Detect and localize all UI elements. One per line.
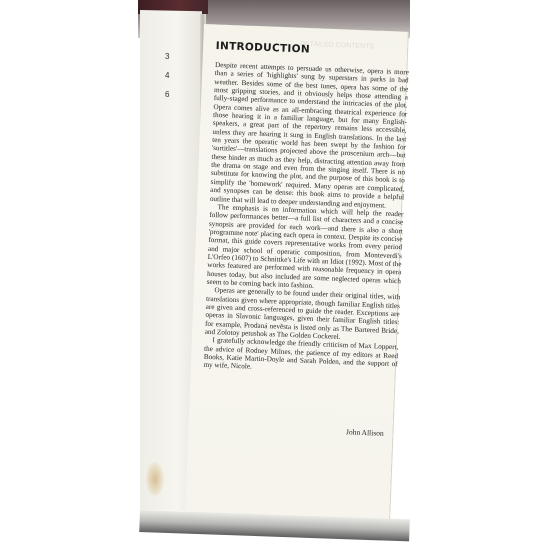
chapter-number: 3: [165, 52, 169, 71]
body-text: Despite recent attempts to persuade us o…: [203, 61, 409, 377]
author-signature: John Allison: [346, 427, 384, 437]
introduction-text: INTRODUCTION Despite recent attempts to …: [203, 40, 410, 377]
paragraph: Despite recent attempts to persuade us o…: [210, 61, 409, 210]
chapter-number: 6: [165, 90, 169, 109]
page-stain: [146, 462, 164, 496]
chapter-number: 4: [165, 71, 169, 90]
paragraph: The emphasis is on information which wil…: [207, 203, 404, 294]
paragraph: Operas are generally to be found under t…: [205, 286, 401, 343]
book-photo: DETAILED CONTENTS 3 4 6 INTRODUCTION Des…: [0, 0, 550, 550]
chapter-numbers: 3 4 6: [165, 52, 169, 109]
